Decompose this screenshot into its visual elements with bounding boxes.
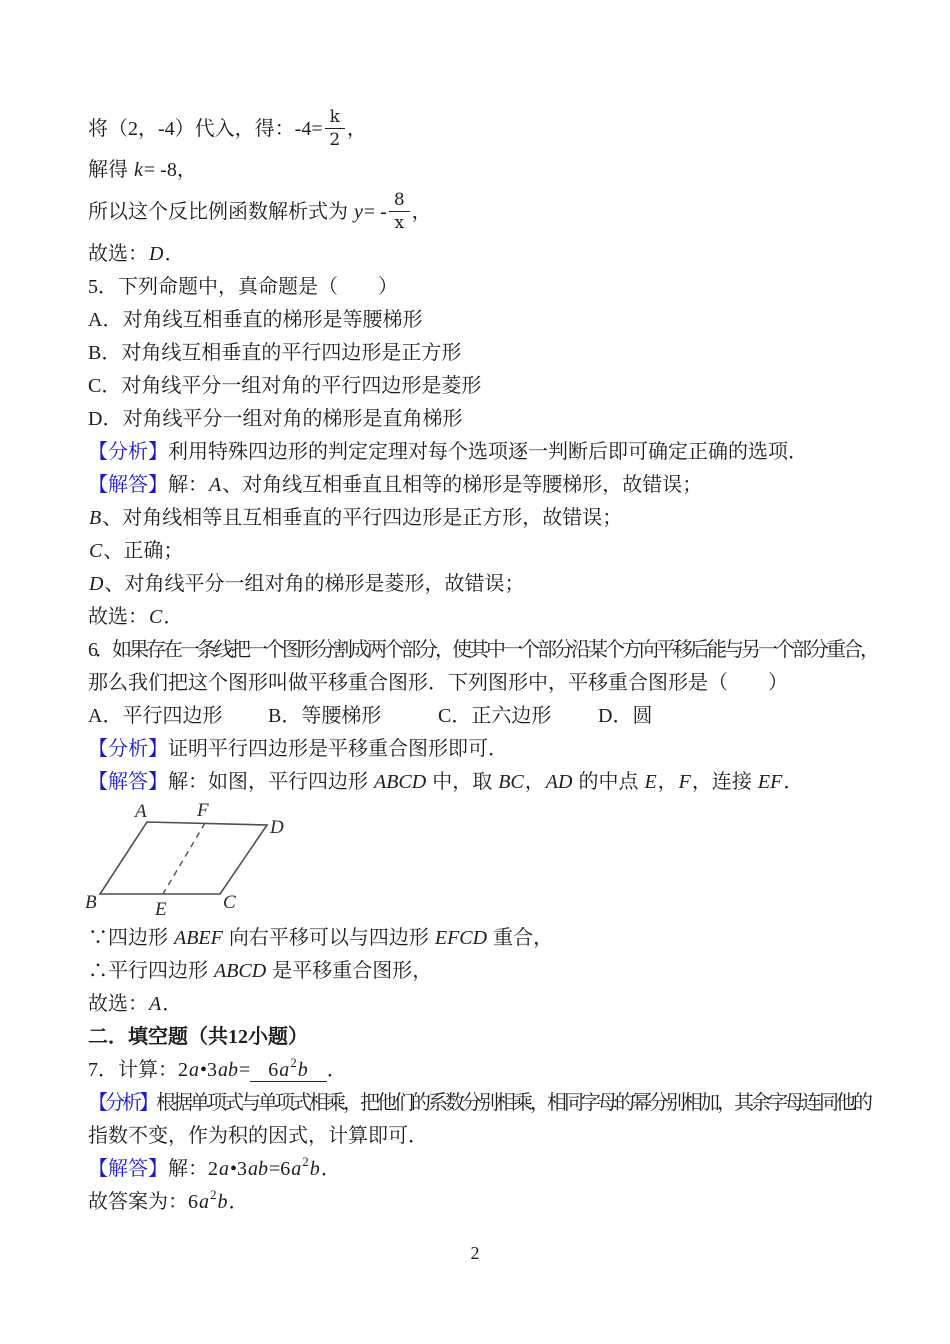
fraction: k2 bbox=[325, 107, 345, 151]
text-run: = bbox=[239, 1059, 250, 1081]
text-run: ． bbox=[783, 771, 803, 793]
q6-therefore: ∴平行四边形 ABCD 是平移重合图形， bbox=[88, 955, 864, 988]
math-variable: BC bbox=[497, 771, 525, 793]
option-item: D．圆 bbox=[598, 700, 652, 733]
math-variable: ABEF bbox=[173, 927, 224, 949]
text-run: 那么我们把这个图形叫做平移重合图形．下列图形中，平移重合图形是（ ） bbox=[88, 672, 788, 694]
text-run: ． bbox=[163, 606, 183, 628]
q7-analysis-line-2: 指数不变，作为积的因式，计算即可． bbox=[88, 1120, 864, 1153]
text-run: ． bbox=[327, 1059, 347, 1081]
text-run: 利用特殊四边形的判定定理对每个选项逐一判断后即可确定正确的选项． bbox=[168, 441, 808, 463]
text-run: ， bbox=[525, 771, 545, 793]
fraction: 8x bbox=[389, 190, 410, 234]
vertex-label-c: C bbox=[223, 892, 236, 913]
bracket-label: 【分析】 bbox=[88, 1092, 156, 1114]
text-run: A．对角线互相垂直的梯形是等腰梯形 bbox=[88, 309, 422, 331]
math-variable: A bbox=[208, 474, 222, 496]
math-variable: a bbox=[278, 1059, 290, 1081]
math-variable: A bbox=[148, 993, 162, 1015]
math-variable: k bbox=[133, 159, 144, 181]
q5-answer-b: B、对角线相等且互相垂直的平行四边形是正方形，故错误； bbox=[88, 502, 864, 535]
q4-solve-line: 解得 k= -8， bbox=[88, 154, 864, 187]
text-run: 故选： bbox=[88, 606, 148, 628]
q5-answer-d: D、对角线平分一组对角的梯形是菱形，故错误； bbox=[88, 568, 864, 601]
math-variable: a bbox=[198, 1191, 210, 1213]
text-run: 、对角线相等且互相垂直的平行四边形是正方形，故错误； bbox=[102, 507, 622, 529]
math-variable: b bbox=[309, 1158, 321, 1180]
text-run: ， bbox=[347, 118, 367, 140]
bracket-label: 【分析】 bbox=[88, 441, 168, 463]
text-run: 解：如图，平行四边形 bbox=[168, 771, 373, 793]
text-run: 重合， bbox=[488, 927, 553, 949]
q5-conclusion: 故选：C． bbox=[88, 601, 864, 634]
text-block-top: 将（2，-4）代入，得：-4=k2，解得 k= -8，所以这个反比例函数解析式为… bbox=[88, 104, 864, 799]
q4-result-line: 所以这个反比例函数解析式为 y= -8x， bbox=[88, 187, 864, 237]
math-variable: D bbox=[88, 573, 104, 595]
text-run: ． bbox=[229, 1191, 249, 1213]
q7-analysis-line-1: 【分析】根据单项式与单项式相乘，把他们的系数分别相乘，相同字母的幂分别相加，其余… bbox=[88, 1087, 864, 1120]
fraction-numerator: k bbox=[325, 107, 345, 129]
text-run: 故答案为：6 bbox=[88, 1191, 198, 1213]
vertex-label-e: E bbox=[154, 899, 167, 917]
text-run: ， bbox=[658, 771, 678, 793]
bracket-label: 【解答】 bbox=[88, 1158, 168, 1180]
text-run: 向右平移可以与四边形 bbox=[224, 927, 434, 949]
parallelogram-diagram: A F D B E C bbox=[85, 802, 315, 917]
text-run: =6 bbox=[269, 1158, 290, 1180]
q6-analysis: 【分析】证明平行四边形是平移重合图形即可． bbox=[88, 733, 864, 766]
q4-conclusion: 故选：D． bbox=[88, 238, 864, 271]
section-2-heading: 二．填空题（共12小题） bbox=[88, 1021, 864, 1054]
math-variable: E bbox=[643, 771, 657, 793]
math-variable: a bbox=[218, 1158, 230, 1180]
text-run: 解得 bbox=[88, 159, 133, 181]
q5-answer-c: C、正确； bbox=[88, 535, 864, 568]
fraction-numerator: 8 bbox=[389, 190, 410, 212]
bracket-label: 【解答】 bbox=[88, 474, 168, 496]
q5-answer-a: 【解答】解：A、对角线互相垂直且相等的梯形是等腰梯形，故错误； bbox=[88, 469, 864, 502]
math-variable: ab bbox=[217, 1059, 239, 1081]
q5-option-b: B．对角线互相垂直的平行四边形是正方形 bbox=[88, 337, 864, 370]
q6-options: A．平行四边形B．等腰梯形C．正六边形D．圆 bbox=[88, 700, 864, 733]
text-run: D．对角线平分一组对角的梯形是直角梯形 bbox=[88, 408, 462, 430]
math-variable: F bbox=[678, 771, 692, 793]
q7-conclusion: 故答案为：6a2b． bbox=[88, 1186, 864, 1219]
text-run: 根据单项式与单项式相乘，把他们的系数分别相乘，相同字母的幂分别相加，其余字母连同… bbox=[156, 1092, 870, 1114]
text-run: 6 bbox=[263, 1059, 278, 1081]
q5-option-a: A．对角线互相垂直的梯形是等腰梯形 bbox=[88, 304, 864, 337]
q5-stem: 5．下列命题中，真命题是（ ） bbox=[88, 271, 864, 304]
math-variable: ABCD bbox=[213, 960, 267, 982]
q6-stem-line-1: 6．如果存在一条线把一个图形分割成两个部分，使其中一个部分沿某个方向平移后能与另… bbox=[88, 634, 864, 667]
parallelogram-figure: A F D B E C bbox=[85, 799, 864, 922]
text-run: 故选： bbox=[88, 993, 148, 1015]
math-variable: C bbox=[88, 540, 103, 562]
math-variable: C bbox=[148, 606, 163, 628]
text-run: 中，取 bbox=[427, 771, 497, 793]
fraction-denominator: 2 bbox=[325, 129, 345, 150]
q6-conclusion: 故选：A． bbox=[88, 988, 864, 1021]
text-run: 故选： bbox=[88, 243, 148, 265]
text-run: 的中点 bbox=[573, 771, 643, 793]
text-run: ． bbox=[321, 1158, 341, 1180]
text-run: ∴平行四边形 bbox=[88, 960, 213, 982]
bracket-label: 【分析】 bbox=[88, 738, 168, 760]
q7-stem: 7．计算：2a•3ab= 6a2b ． bbox=[88, 1054, 864, 1087]
math-variable: ABCD bbox=[373, 771, 427, 793]
fraction-denominator: x bbox=[389, 212, 410, 233]
text-run: 解：2 bbox=[168, 1158, 218, 1180]
text-run: 6．如果存在一条线把一个图形分割成两个部分，使其中一个部分沿某个方向平移后能与另… bbox=[88, 639, 877, 661]
text-run: ． bbox=[164, 243, 184, 265]
text-run: ． bbox=[162, 993, 182, 1015]
text-run: •3 bbox=[200, 1059, 217, 1081]
text-run: 7．计算：2 bbox=[88, 1059, 188, 1081]
math-variable: EF bbox=[757, 771, 783, 793]
text-run: 是平移重合图形， bbox=[267, 960, 432, 982]
math-variable: y bbox=[353, 201, 364, 223]
vertex-label-f: F bbox=[196, 802, 209, 821]
superscript-exponent: 2 bbox=[210, 1187, 217, 1202]
text-run: 将（2，-4）代入，得：-4= bbox=[88, 118, 323, 140]
text-run: 、对角线互相垂直且相等的梯形是等腰梯形，故错误； bbox=[222, 474, 702, 496]
vertex-label-b: B bbox=[85, 892, 97, 913]
text-run bbox=[309, 1059, 314, 1081]
document-content: 将（2，-4）代入，得：-4=k2，解得 k= -8，所以这个反比例函数解析式为… bbox=[88, 104, 864, 1219]
vertex-label-a: A bbox=[133, 802, 147, 822]
bracket-label: 【解答】 bbox=[88, 771, 168, 793]
text-block-bottom: ∵四边形 ABEF 向右平移可以与四边形 EFCD 重合，∴平行四边形 ABCD… bbox=[88, 922, 864, 1219]
text-run: •3 bbox=[230, 1158, 247, 1180]
math-variable: AD bbox=[545, 771, 574, 793]
page-number: 2 bbox=[0, 1243, 950, 1264]
text-run: B．对角线互相垂直的平行四边形是正方形 bbox=[88, 342, 461, 364]
text-run: 所以这个反比例函数解析式为 bbox=[88, 201, 353, 223]
text-run: 证明平行四边形是平移重合图形即可． bbox=[168, 738, 508, 760]
text-run: = -8， bbox=[144, 159, 197, 181]
q4-substitute-line: 将（2，-4）代入，得：-4=k2， bbox=[88, 104, 864, 154]
text-run: C．对角线平分一组对角的平行四边形是菱形 bbox=[88, 375, 481, 397]
q5-option-c: C．对角线平分一组对角的平行四边形是菱形 bbox=[88, 370, 864, 403]
math-variable: B bbox=[88, 507, 102, 529]
answer-blank: 6a2b bbox=[250, 1059, 327, 1082]
text-run: ，连接 bbox=[692, 771, 757, 793]
math-variable: b bbox=[297, 1059, 309, 1081]
superscript-exponent: 2 bbox=[302, 1154, 309, 1169]
document-page: 将（2，-4）代入，得：-4=k2，解得 k= -8，所以这个反比例函数解析式为… bbox=[0, 0, 950, 1344]
text-run: = - bbox=[364, 201, 387, 223]
math-variable: EFCD bbox=[434, 927, 488, 949]
math-variable: b bbox=[217, 1191, 229, 1213]
q6-stem-line-2: 那么我们把这个图形叫做平移重合图形．下列图形中，平移重合图形是（ ） bbox=[88, 667, 864, 700]
math-variable: a bbox=[188, 1059, 200, 1081]
dashed-segment-ef bbox=[163, 823, 205, 894]
superscript-exponent: 2 bbox=[290, 1055, 297, 1070]
text-run: 指数不变，作为积的因式，计算即可． bbox=[88, 1125, 428, 1147]
text-run: 解： bbox=[168, 474, 208, 496]
q5-analysis: 【分析】利用特殊四边形的判定定理对每个选项逐一判断后即可确定正确的选项． bbox=[88, 436, 864, 469]
math-variable: ab bbox=[247, 1158, 269, 1180]
parallelogram-outline bbox=[100, 822, 267, 894]
q5-option-d: D．对角线平分一组对角的梯形是直角梯形 bbox=[88, 403, 864, 436]
math-variable: a bbox=[290, 1158, 302, 1180]
vertex-label-d: D bbox=[269, 817, 284, 838]
text-run: ∵四边形 bbox=[88, 927, 173, 949]
q7-answer: 【解答】解：2a•3ab=6a2b． bbox=[88, 1153, 864, 1186]
text-run: 、正确； bbox=[103, 540, 183, 562]
text-run: 二．填空题（共12小题） bbox=[88, 1026, 308, 1048]
text-run: ， bbox=[412, 201, 432, 223]
q6-because: ∵四边形 ABEF 向右平移可以与四边形 EFCD 重合， bbox=[88, 922, 864, 955]
q6-answer-intro: 【解答】解：如图，平行四边形 ABCD 中，取 BC，AD 的中点 E，F，连接… bbox=[88, 766, 864, 799]
option-item: B．等腰梯形 bbox=[268, 700, 438, 733]
text-run: 、对角线平分一组对角的梯形是菱形，故错误； bbox=[104, 573, 524, 595]
math-variable: D bbox=[148, 243, 164, 265]
option-item: C．正六边形 bbox=[438, 700, 598, 733]
option-item: A．平行四边形 bbox=[88, 700, 268, 733]
text-run: 5．下列命题中，真命题是（ ） bbox=[88, 276, 398, 298]
